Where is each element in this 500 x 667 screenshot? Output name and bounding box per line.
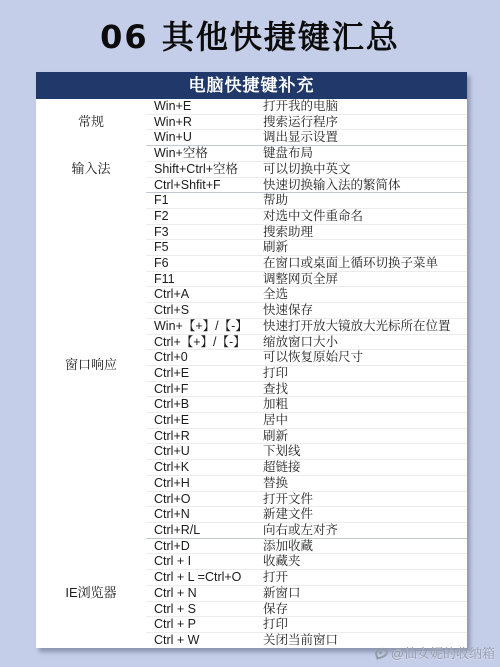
table-row: 常规Win+E打开我的电脑 [36,99,467,114]
shortcut-keys-cell: F3 [146,224,259,240]
shortcut-description-cell: 键盘布局 [259,146,467,162]
shortcut-keys-cell: Ctrl+【+】/【-】 [146,334,259,350]
shortcut-description-cell: 刷新 [259,428,467,444]
category-cell: 窗口响应 [36,193,146,538]
category-cell: 输入法 [36,146,146,193]
shortcut-table-body: 常规Win+E打开我的电脑Win+R搜索运行程序Win+U调出显示设置输入法Wi… [36,99,467,648]
shortcut-keys-cell: Ctrl+N [146,507,259,523]
shortcut-keys-cell: Win+【+】/【-】 [146,318,259,334]
shortcut-description-cell: 快速切换输入法的繁简体 [259,177,467,193]
shortcut-description-cell: 打开我的电脑 [259,99,467,114]
shortcut-keys-cell: Ctrl+H [146,475,259,491]
page-title: 06 其他快捷键汇总 [0,12,500,58]
shortcut-description-cell: 可以恢复原始尺寸 [259,350,467,366]
shortcut-description-cell: 向右或左对齐 [259,522,467,538]
shortcut-description-cell: 打印 [259,365,467,381]
shortcut-keys-cell: Ctrl+D [146,538,259,554]
shortcut-description-cell: 打开文件 [259,491,467,507]
shortcut-description-cell: 收藏夹 [259,554,467,570]
weibo-icon [374,646,389,660]
shortcut-keys-cell: Win+U [146,130,259,146]
shortcut-keys-cell: Ctrl+E [146,413,259,429]
shortcut-keys-cell: Ctrl + P [146,617,259,633]
shortcut-description-cell: 缩放窗口大小 [259,334,467,350]
shortcut-keys-cell: Ctrl+0 [146,350,259,366]
shortcut-keys-cell: Ctrl + L =Ctrl+O [146,570,259,586]
shortcut-description-cell: 查找 [259,381,467,397]
shortcut-description-cell: 添加收藏 [259,538,467,554]
shortcut-keys-cell: Ctrl + S [146,601,259,617]
shortcut-keys-cell: Ctrl+E [146,365,259,381]
shortcut-description-cell: 打印 [259,617,467,633]
shortcut-description-cell: 刷新 [259,240,467,256]
shortcut-keys-cell: F11 [146,271,259,287]
shortcut-keys-cell: Win+R [146,114,259,130]
shortcut-description-cell: 搜索运行程序 [259,114,467,130]
table-row: 窗口响应F1帮助 [36,193,467,209]
shortcut-keys-cell: Ctrl+Shfit+F [146,177,259,193]
shortcut-keys-cell: Ctrl+A [146,287,259,303]
shortcut-keys-cell: Ctrl+K [146,460,259,476]
shortcut-description-cell: 下划线 [259,444,467,460]
shortcut-description-cell: 帮助 [259,193,467,209]
watermark: @仙女妮的收纳箱 [375,643,495,662]
shortcut-keys-cell: Ctrl + I [146,554,259,570]
shortcut-keys-cell: Win+E [146,99,259,114]
shortcut-keys-cell: F5 [146,240,259,256]
shortcut-keys-cell: Shift+Ctrl+空格 [146,161,259,177]
shortcut-description-cell: 替换 [259,475,467,491]
shortcut-description-cell: 在窗口或桌面上循环切换子菜单 [259,256,467,272]
watermark-text: @仙女妮的收纳箱 [391,643,495,662]
shortcut-keys-cell: Ctrl + W [146,632,259,647]
shortcut-description-cell: 调出显示设置 [259,130,467,146]
shortcut-keys-cell: F2 [146,208,259,224]
shortcut-keys-cell: F6 [146,256,259,272]
shortcut-description-cell: 新建文件 [259,507,467,523]
shortcut-table: 常规Win+E打开我的电脑Win+R搜索运行程序Win+U调出显示设置输入法Wi… [36,99,467,648]
shortcut-description-cell: 调整网页全屏 [259,271,467,287]
shortcut-description-cell: 新窗口 [259,585,467,601]
shortcut-card: 电脑快捷键补充 常规Win+E打开我的电脑Win+R搜索运行程序Win+U调出显… [36,72,467,648]
shortcut-description-cell: 快速打开放大镜放大光标所在位置 [259,318,467,334]
shortcut-keys-cell: Ctrl+R [146,428,259,444]
shortcut-keys-cell: Ctrl+R/L [146,522,259,538]
category-cell: 常规 [36,99,146,146]
shortcut-description-cell: 居中 [259,413,467,429]
shortcut-keys-cell: Ctrl+O [146,491,259,507]
shortcut-keys-cell: Ctrl+F [146,381,259,397]
shortcut-description-cell: 全选 [259,287,467,303]
shortcut-keys-cell: Win+空格 [146,146,259,162]
shortcut-keys-cell: Ctrl+S [146,303,259,319]
shortcut-keys-cell: Ctrl + N [146,585,259,601]
shortcut-description-cell: 对选中文件重命名 [259,208,467,224]
shortcut-keys-cell: Ctrl+U [146,444,259,460]
shortcut-description-cell: 超链接 [259,460,467,476]
table-header: 电脑快捷键补充 [36,72,467,99]
shortcut-description-cell: 加粗 [259,397,467,413]
shortcut-keys-cell: Ctrl+B [146,397,259,413]
shortcut-description-cell: 快速保存 [259,303,467,319]
category-cell: IE浏览器 [36,538,146,647]
shortcut-description-cell: 保存 [259,601,467,617]
shortcut-description-cell: 打开 [259,570,467,586]
shortcut-keys-cell: F1 [146,193,259,209]
shortcut-description-cell: 搜索助理 [259,224,467,240]
table-row: IE浏览器Ctrl+D添加收藏 [36,538,467,554]
table-row: 输入法Win+空格键盘布局 [36,146,467,162]
shortcut-description-cell: 可以切换中英文 [259,161,467,177]
